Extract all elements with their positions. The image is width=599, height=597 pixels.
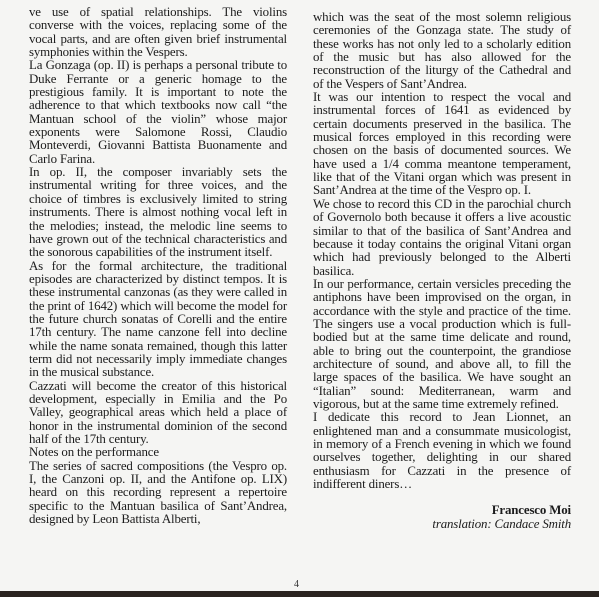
page-number: 4 — [294, 579, 299, 590]
paragraph: I dedicate this record to Jean Lionnet, … — [313, 411, 571, 491]
paragraph: We chose to record this CD in the paroch… — [313, 198, 571, 278]
scan-edge — [0, 591, 599, 597]
paragraph: It was our intention to respect the voca… — [313, 91, 571, 198]
paragraph: which was the seat of the most solemn re… — [313, 11, 571, 91]
right-column: which was the seat of the most solemn re… — [313, 11, 571, 531]
booklet-page: ve use of spatial relationships. The vio… — [0, 0, 599, 591]
section-heading: Notes on the performance — [29, 446, 287, 459]
translator-credit: translation: Candace Smith — [313, 518, 571, 531]
left-column: ve use of spatial relationships. The vio… — [29, 6, 287, 526]
paragraph: La Gonzaga (op. II) is perhaps a persona… — [29, 59, 287, 166]
paragraph: In op. II, the composer invariably sets … — [29, 166, 287, 259]
paragraph: In our performance, certain versicles pr… — [313, 278, 571, 411]
paragraph: Cazzati will become the creator of this … — [29, 380, 287, 447]
paragraph: The series of sacred compositions (the V… — [29, 460, 287, 527]
signature-block: Francesco Moi translation: Candace Smith — [313, 504, 571, 531]
paragraph: As for the formal architecture, the trad… — [29, 260, 287, 380]
author-name: Francesco Moi — [313, 504, 571, 517]
paragraph: ve use of spatial relationships. The vio… — [29, 6, 287, 59]
